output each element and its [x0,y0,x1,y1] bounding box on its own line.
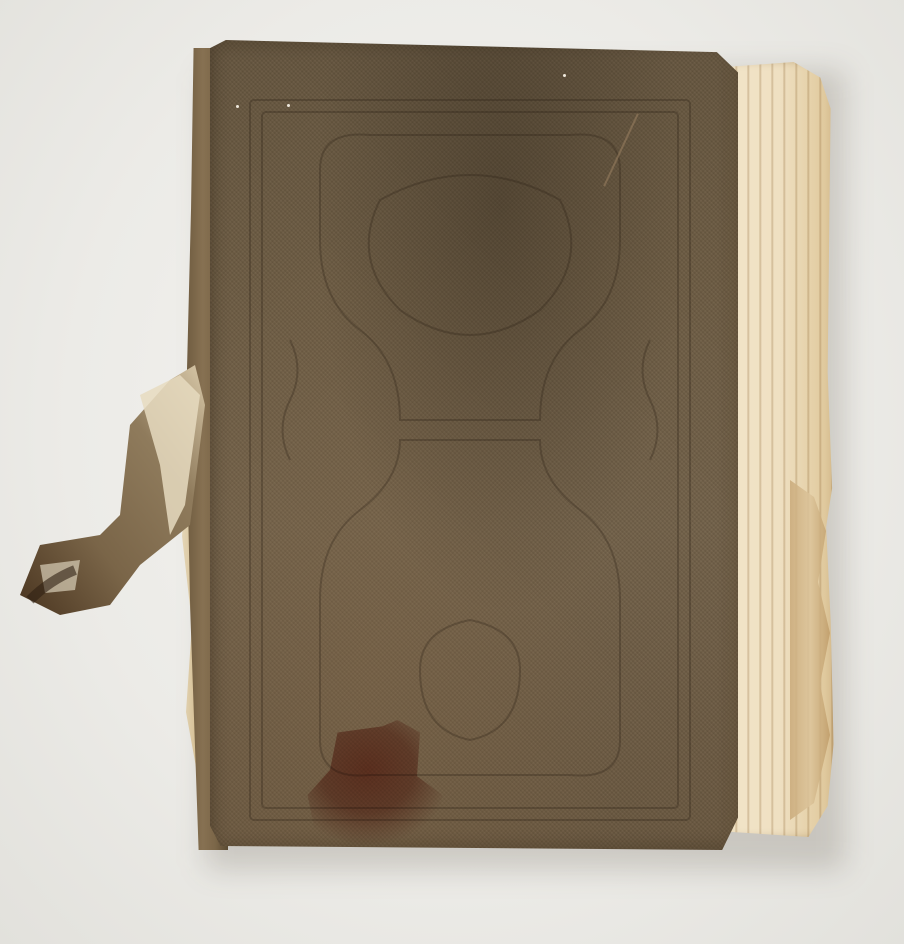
torn-spine-flap [20,365,220,620]
embossed-ornament-icon [210,40,738,850]
speck [236,105,239,108]
photo-scene [0,0,904,944]
speck [287,104,290,107]
book-cover [210,40,738,850]
speck [563,74,566,77]
